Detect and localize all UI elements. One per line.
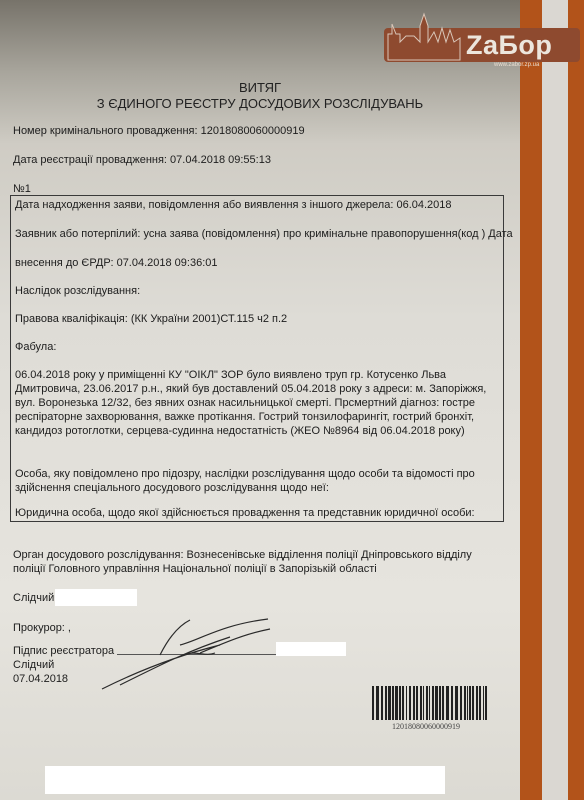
logo-site: www.zabor.zp.ua	[494, 62, 539, 68]
legal-qualification: Правова кваліфікація: (КК України 2001)С…	[15, 313, 287, 325]
investigator-label: Слідчий:	[13, 592, 57, 604]
barcode-number: 12018080060000919	[392, 722, 460, 731]
applicant-line-2: внесення до ЄРДР: 07.04.2018 09:36:01	[15, 257, 218, 269]
redacted-footer	[45, 766, 445, 794]
registration-date: Дата реєстрації провадження: 07.04.2018 …	[13, 154, 271, 166]
applicant-line-1: Заявник або потерпілий: усна заява (пові…	[15, 228, 513, 240]
registrar-signature-label: Підпис реєстратора	[13, 645, 114, 657]
entry-number: №1	[13, 183, 31, 195]
case-number: Номер кримінального провадження: 1201808…	[13, 125, 305, 137]
orange-stripe-right	[568, 0, 584, 800]
fabula-label: Фабула:	[15, 341, 56, 353]
zabor-watermark-logo: ZaБор www.zabor.zp.ua	[384, 12, 580, 60]
sign-date: 07.04.2018	[13, 673, 68, 685]
white-stripe	[542, 0, 568, 800]
redacted-investigator-name	[55, 589, 137, 606]
investigation-result: Наслідок розслідування:	[15, 285, 140, 297]
redacted-registrar-name	[276, 642, 346, 656]
entry-box: Дата надходження заяви, повідомлення або…	[10, 195, 504, 522]
doc-title: ВИТЯГ	[0, 80, 520, 95]
prosecutor-label: Прокурор: ,	[13, 622, 71, 634]
doc-subtitle: З ЄДИНОГО РЕЄСТРУ ДОСУДОВИХ РОЗСЛІДУВАНЬ	[0, 96, 520, 111]
investigation-authority: Орган досудового розслідування: Вознесен…	[13, 548, 503, 576]
fabula-text: 06.04.2018 року у приміщенні КУ "ОІКЛ" З…	[15, 368, 493, 438]
orange-stripe	[520, 0, 542, 800]
registrar-role: Слідчий	[13, 659, 54, 671]
received-date: Дата надходження заяви, повідомлення або…	[15, 199, 452, 211]
handwritten-signature	[100, 615, 280, 695]
city-skyline-icon	[384, 12, 474, 62]
legal-entity: Юридична особа, щодо якої здійснюється п…	[15, 507, 475, 519]
logo-text: ZaБор	[466, 30, 552, 61]
suspect-info: Особа, яку повідомлено про підозру, насл…	[15, 467, 493, 495]
